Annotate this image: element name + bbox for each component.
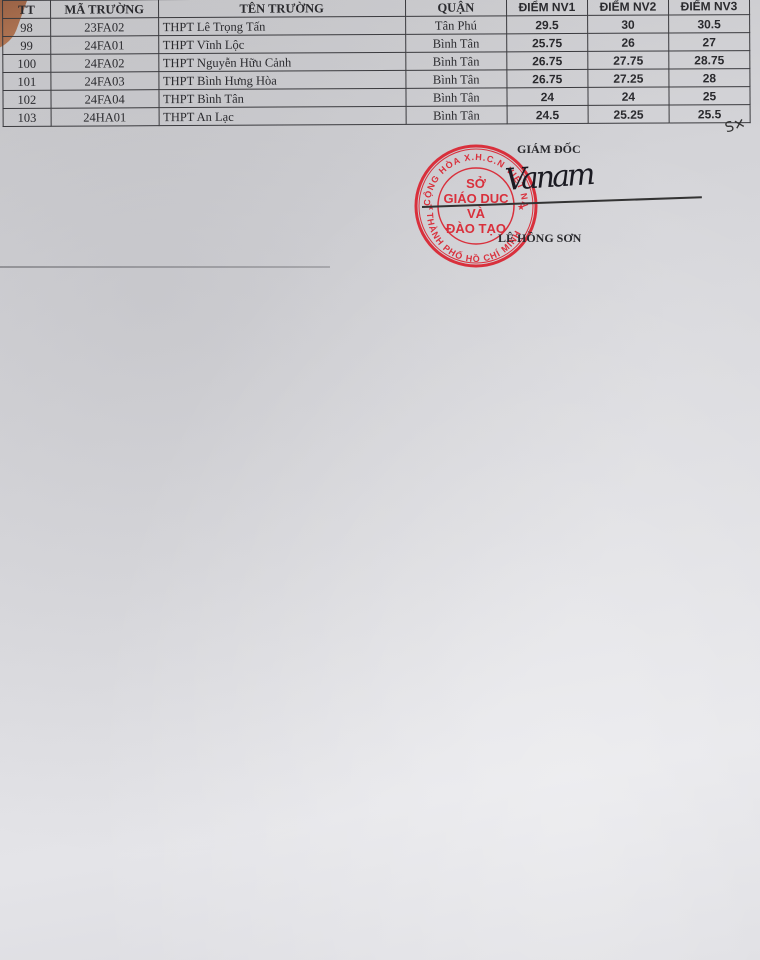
cell-school-name: THPT Bình Tân [159, 88, 406, 107]
cell-school-code: 24FA01 [50, 36, 158, 55]
cell-district: Tân Phú [405, 16, 506, 35]
cell-school-code: 24HA01 [51, 108, 159, 127]
cell-nv2: 27.75 [588, 51, 669, 69]
cell-nv1: 29.5 [506, 15, 587, 33]
cell-school-name: THPT Lê Trọng Tấn [158, 16, 405, 35]
cell-nv3: 28.75 [669, 51, 750, 69]
header-school-name: TÊN TRƯỜNG [158, 0, 405, 18]
header-stt: TT [3, 0, 51, 18]
signer-name: LÊ HỒNG SƠN [498, 231, 581, 246]
cell-nv2: 30 [587, 15, 668, 33]
paper-background [0, 0, 760, 960]
cell-district: Bình Tân [406, 88, 507, 107]
initial-mark: S✕ [723, 116, 747, 137]
cell-stt: 99 [3, 36, 51, 54]
cell-district: Bình Tân [406, 70, 507, 89]
cell-nv3: 25 [669, 87, 750, 105]
cell-school-code: 24FA02 [51, 54, 159, 73]
header-nv3: ĐIỂM NV3 [668, 0, 749, 15]
seal-line-1: SỞ [466, 176, 486, 191]
cell-stt: 102 [3, 90, 51, 108]
cell-school-name: THPT Vĩnh Lộc [158, 34, 405, 53]
cell-stt: 103 [3, 108, 51, 126]
admission-scores-table: TT MÃ TRƯỜNG TÊN TRƯỜNG QUẬN ĐIỂM NV1 ĐI… [2, 0, 751, 127]
cell-district: Bình Tân [405, 34, 506, 53]
cell-nv2: 24 [588, 87, 669, 105]
cell-stt: 101 [3, 72, 51, 90]
signer-title: GIÁM ĐỐC [517, 142, 581, 157]
cell-nv1: 24.5 [507, 105, 588, 123]
cell-school-code: 23FA02 [50, 18, 158, 37]
cell-district: Bình Tân [405, 52, 506, 71]
cell-nv3: 28 [669, 69, 750, 87]
header-district: QUẬN [405, 0, 506, 16]
cell-school-name: THPT Bình Hưng Hòa [158, 70, 405, 89]
header-school-code: MÃ TRƯỜNG [50, 0, 158, 18]
cell-school-code: 24FA03 [51, 72, 159, 91]
cell-nv1: 26.75 [507, 51, 588, 69]
cell-school-code: 24FA04 [51, 90, 159, 109]
cell-stt: 98 [3, 18, 51, 36]
fold-crease [0, 266, 330, 268]
cell-stt: 100 [3, 54, 51, 72]
cell-district: Bình Tân [406, 106, 507, 125]
cell-nv2: 25.25 [588, 105, 669, 123]
cell-nv1: 24 [507, 87, 588, 105]
cell-nv1: 25.75 [507, 33, 588, 51]
cell-nv2: 27.25 [588, 69, 669, 87]
seal-line-4: ĐÀO TẠO [446, 221, 506, 236]
cell-nv3: 30.5 [669, 15, 750, 33]
seal-line-3: VÀ [467, 206, 485, 221]
handwritten-signature: Vanam [504, 157, 594, 198]
cell-school-name: THPT Nguyễn Hữu Cảnh [158, 52, 405, 71]
cell-nv3: 27 [669, 33, 750, 51]
table-row: 10324HA01THPT An LạcBình Tân24.525.2525.… [3, 105, 750, 127]
cell-school-name: THPT An Lạc [159, 106, 406, 125]
cell-nv2: 26 [588, 33, 669, 51]
cell-nv1: 26.75 [507, 69, 588, 87]
header-nv2: ĐIỂM NV2 [587, 0, 668, 15]
header-nv1: ĐIỂM NV1 [506, 0, 587, 16]
